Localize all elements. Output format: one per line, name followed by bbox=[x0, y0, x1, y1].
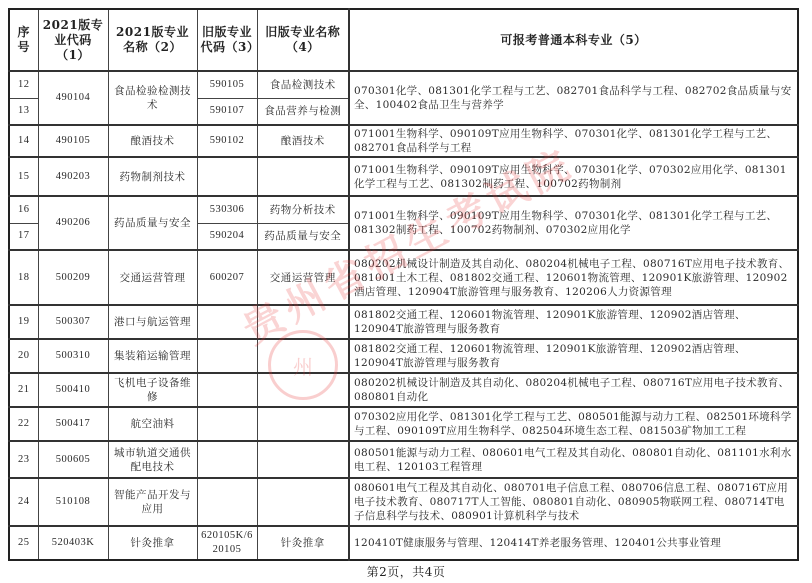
table-row: 25 520403K 针灸推拿 620105K/620105 针灸推拿 1204… bbox=[9, 526, 798, 560]
cell-old-code bbox=[197, 339, 257, 373]
cell-code-2021: 500410 bbox=[38, 373, 108, 407]
cell-seq: 12 bbox=[9, 71, 38, 98]
cell-old-code bbox=[197, 305, 257, 339]
header-name-2021: 2021版专业名称（2） bbox=[108, 9, 197, 71]
cell-code-2021: 500307 bbox=[38, 305, 108, 339]
cell-old-code bbox=[197, 373, 257, 407]
page-footer: 第2页，共4页 bbox=[0, 563, 812, 580]
cell-name-2021: 城市轨道交通供配电技术 bbox=[108, 441, 197, 478]
table-row: 14 490105 酿酒技术 590102 酿酒技术 071001生物科学、09… bbox=[9, 125, 798, 157]
cell-old-name bbox=[257, 373, 349, 407]
cell-code-2021: 520403K bbox=[38, 526, 108, 560]
cell-seq: 14 bbox=[9, 125, 38, 157]
cell-old-code: 590107 bbox=[197, 98, 257, 125]
cell-old-code bbox=[197, 407, 257, 441]
cell-name-2021: 港口与航运管理 bbox=[108, 305, 197, 339]
header-majors: 可报考普通本科专业（5） bbox=[349, 9, 798, 71]
cell-code-2021: 500417 bbox=[38, 407, 108, 441]
cell-old-name: 酿酒技术 bbox=[257, 125, 349, 157]
cell-old-code: 590204 bbox=[197, 223, 257, 250]
cell-code-2021: 490206 bbox=[38, 196, 108, 250]
cell-majors: 070302应用化学、081301化学工程与工艺、080501能源与动力工程、0… bbox=[349, 407, 798, 441]
cell-name-2021: 航空油料 bbox=[108, 407, 197, 441]
cell-name-2021: 集装箱运输管理 bbox=[108, 339, 197, 373]
cell-old-name bbox=[257, 339, 349, 373]
cell-old-name bbox=[257, 441, 349, 478]
cell-seq: 17 bbox=[9, 223, 38, 250]
table-row: 22 500417 航空油料 070302应用化学、081301化学工程与工艺、… bbox=[9, 407, 798, 441]
cell-majors: 071001生物科学、090109T应用生物科学、070301化学、081301… bbox=[349, 196, 798, 250]
cell-majors: 080601电气工程及其自动化、080701电子信息工程、080706信息工程、… bbox=[349, 478, 798, 526]
cell-name-2021: 交通运营管理 bbox=[108, 250, 197, 305]
table-row: 20 500310 集装箱运输管理 081802交通工程、120601物流管理、… bbox=[9, 339, 798, 373]
cell-old-code bbox=[197, 478, 257, 526]
cell-seq: 13 bbox=[9, 98, 38, 125]
cell-majors: 081802交通工程、120601物流管理、120901K旅游管理、120902… bbox=[349, 339, 798, 373]
cell-code-2021: 500605 bbox=[38, 441, 108, 478]
table-row: 23 500605 城市轨道交通供配电技术 080501能源与动力工程、0806… bbox=[9, 441, 798, 478]
cell-majors: 080501能源与动力工程、080601电气工程及其自动化、080801自动化、… bbox=[349, 441, 798, 478]
cell-majors: 071001生物科学、090109T应用生物科学、070301化学、081301… bbox=[349, 125, 798, 157]
cell-seq: 16 bbox=[9, 196, 38, 223]
cell-old-name bbox=[257, 407, 349, 441]
cell-seq: 22 bbox=[9, 407, 38, 441]
cell-old-code: 590105 bbox=[197, 71, 257, 98]
cell-old-name: 食品检测技术 bbox=[257, 71, 349, 98]
cell-code-2021: 490203 bbox=[38, 157, 108, 196]
cell-old-name bbox=[257, 478, 349, 526]
majors-table: 序号 2021版专业代码（1） 2021版专业名称（2） 旧版专业代码（3） 旧… bbox=[8, 8, 799, 561]
cell-code-2021: 500209 bbox=[38, 250, 108, 305]
cell-old-code: 530306 bbox=[197, 196, 257, 223]
cell-old-code bbox=[197, 441, 257, 478]
cell-name-2021: 药品质量与安全 bbox=[108, 196, 197, 250]
cell-old-name: 针灸推拿 bbox=[257, 526, 349, 560]
cell-seq: 20 bbox=[9, 339, 38, 373]
cell-old-name: 药品质量与安全 bbox=[257, 223, 349, 250]
cell-majors: 080202机械设计制造及其自动化、080204机械电子工程、080716T应用… bbox=[349, 373, 798, 407]
cell-majors: 071001生物科学、090109T应用生物科学、070301化学、070302… bbox=[349, 157, 798, 196]
cell-old-code: 590102 bbox=[197, 125, 257, 157]
table-row: 16 490206 药品质量与安全 530306 药物分析技术 071001生物… bbox=[9, 196, 798, 223]
header-seq: 序号 bbox=[9, 9, 38, 71]
table-row: 18 500209 交通运营管理 600207 交通运营管理 080202机械设… bbox=[9, 250, 798, 305]
header-code-2021: 2021版专业代码（1） bbox=[38, 9, 108, 71]
table-row: 12 490104 食品检验检测技术 590105 食品检测技术 070301化… bbox=[9, 71, 798, 98]
cell-seq: 19 bbox=[9, 305, 38, 339]
cell-old-code: 620105K/620105 bbox=[197, 526, 257, 560]
cell-old-name: 交通运营管理 bbox=[257, 250, 349, 305]
header-old-code: 旧版专业代码（3） bbox=[197, 9, 257, 71]
cell-old-name bbox=[257, 305, 349, 339]
cell-name-2021: 药物制剂技术 bbox=[108, 157, 197, 196]
cell-old-name: 食品营养与检测 bbox=[257, 98, 349, 125]
cell-code-2021: 490104 bbox=[38, 71, 108, 125]
cell-old-code bbox=[197, 157, 257, 196]
table-header-row: 序号 2021版专业代码（1） 2021版专业名称（2） 旧版专业代码（3） 旧… bbox=[9, 9, 798, 71]
cell-seq: 25 bbox=[9, 526, 38, 560]
table-row: 21 500410 飞机电子设备维修 080202机械设计制造及其自动化、080… bbox=[9, 373, 798, 407]
cell-name-2021: 针灸推拿 bbox=[108, 526, 197, 560]
cell-code-2021: 500310 bbox=[38, 339, 108, 373]
cell-majors: 080202机械设计制造及其自动化、080204机械电子工程、080716T应用… bbox=[349, 250, 798, 305]
cell-seq: 23 bbox=[9, 441, 38, 478]
table-row: 15 490203 药物制剂技术 071001生物科学、090109T应用生物科… bbox=[9, 157, 798, 196]
header-old-name: 旧版专业名称（4） bbox=[257, 9, 349, 71]
cell-name-2021: 智能产品开发与应用 bbox=[108, 478, 197, 526]
document-page: 序号 2021版专业代码（1） 2021版专业名称（2） 旧版专业代码（3） 旧… bbox=[0, 0, 812, 583]
cell-code-2021: 510108 bbox=[38, 478, 108, 526]
cell-majors: 081802交通工程、120601物流管理、120901K旅游管理、120902… bbox=[349, 305, 798, 339]
cell-name-2021: 食品检验检测技术 bbox=[108, 71, 197, 125]
cell-seq: 24 bbox=[9, 478, 38, 526]
cell-seq: 21 bbox=[9, 373, 38, 407]
table-row: 19 500307 港口与航运管理 081802交通工程、120601物流管理、… bbox=[9, 305, 798, 339]
cell-majors: 120410T健康服务与管理、120414T养老服务管理、120401公共事业管… bbox=[349, 526, 798, 560]
cell-old-code: 600207 bbox=[197, 250, 257, 305]
cell-name-2021: 酿酒技术 bbox=[108, 125, 197, 157]
table-row: 24 510108 智能产品开发与应用 080601电气工程及其自动化、0807… bbox=[9, 478, 798, 526]
cell-seq: 18 bbox=[9, 250, 38, 305]
cell-majors: 070301化学、081301化学工程与工艺、082701食品科学与工程、082… bbox=[349, 71, 798, 125]
cell-old-name: 药物分析技术 bbox=[257, 196, 349, 223]
cell-seq: 15 bbox=[9, 157, 38, 196]
cell-old-name bbox=[257, 157, 349, 196]
cell-code-2021: 490105 bbox=[38, 125, 108, 157]
cell-name-2021: 飞机电子设备维修 bbox=[108, 373, 197, 407]
